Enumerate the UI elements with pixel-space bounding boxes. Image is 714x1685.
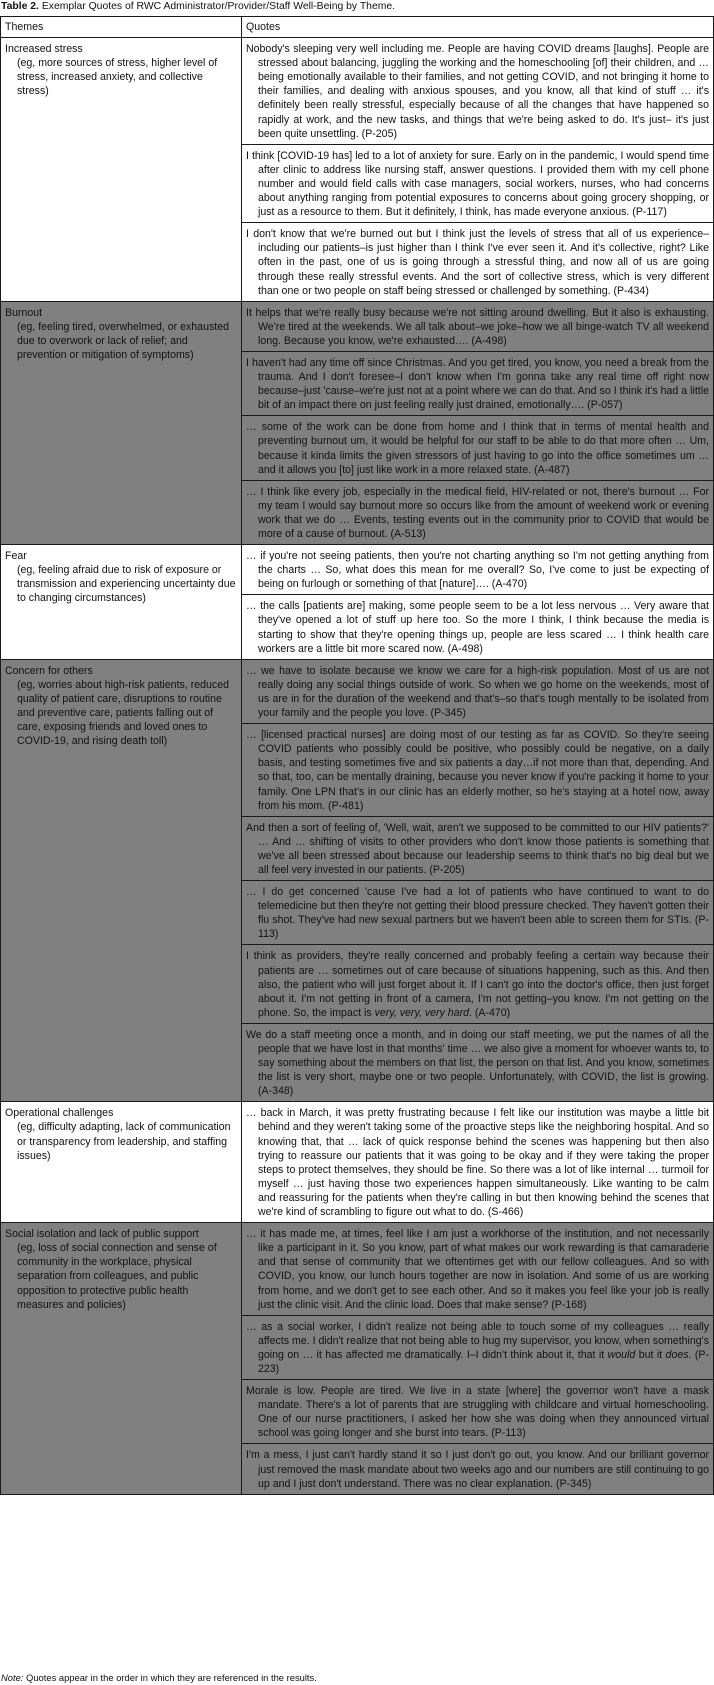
table-caption: Table 2. Exemplar Quotes of RWC Administ… — [1, 0, 395, 13]
table-title: Exemplar Quotes of RWC Administrator/Pro… — [42, 1, 395, 12]
theme-title: Concern for others — [5, 664, 237, 678]
quote-cell: … I do get concerned 'cause I've had a l… — [242, 881, 714, 945]
theme-cell: Burnout(eg, feeling tired, overwhelmed, … — [1, 301, 242, 544]
table-row: Concern for others(eg, worries about hig… — [1, 659, 714, 723]
theme-title: Burnout — [5, 306, 237, 320]
table-row: Burnout(eg, feeling tired, overwhelmed, … — [1, 301, 714, 351]
theme-description: (eg, more sources of stress, higher leve… — [5, 56, 237, 98]
quote-text: Morale is low. People are tired. We live… — [246, 1384, 709, 1440]
table-row: Social isolation and lack of public supp… — [1, 1223, 714, 1316]
quote-text: I'm a mess, I just can't hardly stand it… — [246, 1448, 709, 1490]
quote-cell: I think [COVID-19 has] led to a lot of a… — [242, 144, 714, 222]
theme-description: (eg, feeling afraid due to risk of expos… — [5, 563, 237, 605]
quote-cell: I think as providers, they're really con… — [242, 945, 714, 1023]
theme-cell: Concern for others(eg, worries about hig… — [1, 659, 242, 1102]
note-label: Note: — [1, 1672, 23, 1683]
theme-title: Fear — [5, 549, 237, 563]
quote-cell: It helps that we're really busy because … — [242, 301, 714, 351]
quote-text: … some of the work can be done from home… — [246, 420, 709, 476]
quote-cell: … the calls [patients are] making, some … — [242, 595, 714, 659]
table-body: Increased stress(eg, more sources of str… — [1, 38, 714, 1495]
quote-text: I don't know that we're burned out but I… — [246, 227, 709, 297]
quote-text: And then a sort of feeling of, 'Well, wa… — [246, 821, 709, 877]
theme-cell: Operational challenges(eg, difficulty ad… — [1, 1102, 242, 1223]
quote-cell: I'm a mess, I just can't hardly stand it… — [242, 1444, 714, 1494]
theme-description: (eg, feeling tired, overwhelmed, or exha… — [5, 320, 237, 362]
header-quotes: Quotes — [242, 17, 714, 38]
quote-text: It helps that we're really busy because … — [246, 306, 709, 348]
quote-cell: … [licensed practical nurses] are doing … — [242, 724, 714, 817]
quote-cell: … back in March, it was pretty frustrati… — [242, 1102, 714, 1223]
quote-text: … I think like every job, especially in … — [246, 485, 709, 541]
theme-cell: Increased stress(eg, more sources of str… — [1, 38, 242, 302]
quote-cell: Nobody's sleeping very well including me… — [242, 38, 714, 145]
quote-text: We do a staff meeting once a month, and … — [246, 1028, 709, 1098]
quote-text: … the calls [patients are] making, some … — [246, 599, 709, 655]
theme-cell: Social isolation and lack of public supp… — [1, 1223, 242, 1495]
theme-description: (eg, difficulty adapting, lack of commun… — [5, 1120, 237, 1162]
quote-text: Nobody's sleeping very well including me… — [246, 42, 709, 141]
theme-cell: Fear(eg, feeling afraid due to risk of e… — [1, 545, 242, 660]
quote-text: … we have to isolate because we know we … — [246, 664, 709, 720]
table-row: Operational challenges(eg, difficulty ad… — [1, 1102, 714, 1223]
table-label: Table 2. — [1, 1, 39, 12]
quote-text: I haven't had any time off since Christm… — [246, 356, 709, 412]
quote-cell: I haven't had any time off since Christm… — [242, 351, 714, 415]
table-header-row: Themes Quotes — [1, 17, 714, 38]
quote-cell: We do a staff meeting once a month, and … — [242, 1023, 714, 1101]
quote-cell: … I think like every job, especially in … — [242, 480, 714, 544]
theme-description: (eg, loss of social connection and sense… — [5, 1241, 237, 1311]
quote-cell: Morale is low. People are tired. We live… — [242, 1380, 714, 1444]
quote-text: … it has made me, at times, feel like I … — [246, 1227, 709, 1312]
quote-text: … back in March, it was pretty frustrati… — [246, 1106, 709, 1219]
quote-cell: … if you're not seeing patients, then yo… — [242, 545, 714, 595]
theme-title: Increased stress — [5, 42, 237, 56]
header-themes: Themes — [1, 17, 242, 38]
quote-text: … [licensed practical nurses] are doing … — [246, 728, 709, 813]
table-note: Note: Quotes appear in the order in whic… — [1, 1672, 317, 1684]
table-row: Fear(eg, feeling afraid due to risk of e… — [1, 545, 714, 595]
quote-text: I think as providers, they're really con… — [246, 949, 709, 1019]
quote-cell: I don't know that we're burned out but I… — [242, 223, 714, 301]
table-row: Increased stress(eg, more sources of str… — [1, 38, 714, 145]
quote-text: I think [COVID-19 has] led to a lot of a… — [246, 149, 709, 219]
quote-cell: … we have to isolate because we know we … — [242, 659, 714, 723]
quote-cell: … it has made me, at times, feel like I … — [242, 1223, 714, 1316]
quotes-table: Themes Quotes Increased stress(eg, more … — [0, 16, 714, 1495]
quote-text: … if you're not seeing patients, then yo… — [246, 549, 709, 591]
theme-description: (eg, worries about high-risk patients, r… — [5, 678, 237, 748]
quote-cell: And then a sort of feeling of, 'Well, wa… — [242, 816, 714, 880]
quote-text: … I do get concerned 'cause I've had a l… — [246, 885, 709, 941]
theme-title: Operational challenges — [5, 1106, 237, 1120]
quote-cell: … some of the work can be done from home… — [242, 416, 714, 480]
quote-cell: … as a social worker, I didn't realize n… — [242, 1315, 714, 1379]
quote-text: … as a social worker, I didn't realize n… — [246, 1320, 709, 1376]
note-text: Quotes appear in the order in which they… — [26, 1672, 317, 1683]
theme-title: Social isolation and lack of public supp… — [5, 1227, 237, 1241]
